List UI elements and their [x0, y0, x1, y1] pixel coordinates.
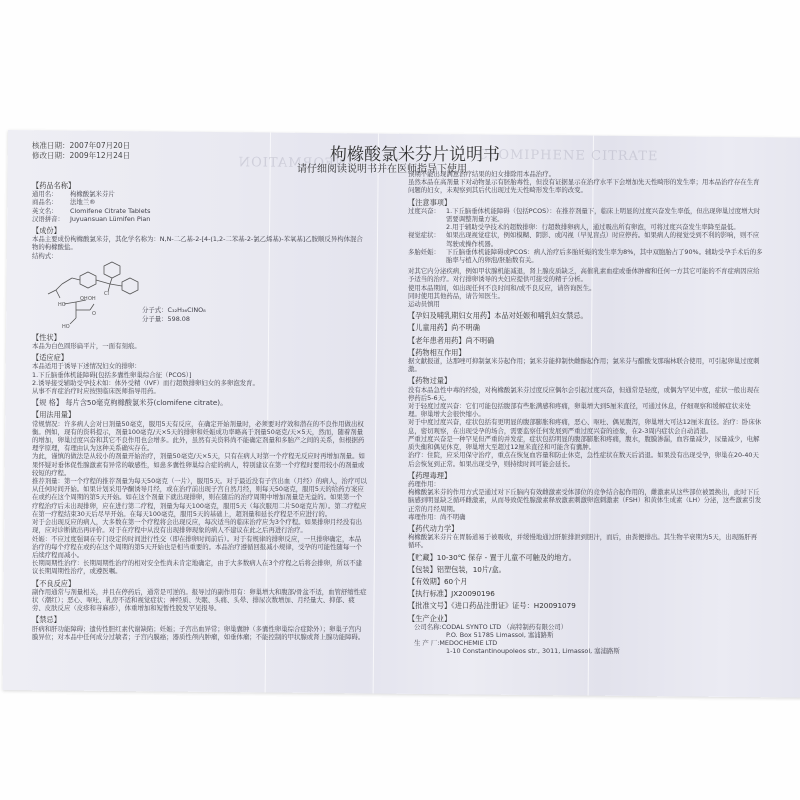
drug-name-row: 汉语拼音：Juyuansuan Lümifen Pian — [32, 215, 367, 223]
svg-text:O: O — [92, 311, 96, 317]
drug-name-row-value: 法地兰® — [70, 198, 96, 206]
svg-text:OH: OH — [88, 296, 96, 302]
chemical-structure-icon: ClHO OHOH OHO — [42, 260, 152, 330]
indications-list: 本品适用于诱导下述情况妇女的排卵：1.下丘脑垂体机能障碍[包括多囊性卵巢综合征（… — [32, 362, 367, 395]
precaution-note: 使用本品期间，如出现任何不良时间和/或不良反应，请咨询医生。 — [408, 284, 763, 292]
precaution-item: 多胎妊娠：下丘脑垂体机能障碍或PCOS：病人治疗后多胎妊娠的发生率为8%，其中双… — [408, 248, 763, 264]
section-header-storage: 【贮藏】 — [408, 553, 437, 562]
standard-line: 【执行标准】JX20090196 — [408, 590, 763, 598]
storage-line: 【贮藏】10-30℃ 保存 - 置于儿童不可触及的地方。 — [408, 554, 763, 562]
company-label: 公司名称: — [414, 623, 442, 631]
indication-item: 本品适用于诱导下述情况妇女的排卵： — [32, 362, 367, 370]
section-header-pharmacokinetics: 【药代动力学】 — [408, 525, 763, 533]
company-address: P.O. Box 51785 Limassol, 塞浦路斯 — [408, 631, 763, 639]
section-header-manufacturer: 【生产企业】 — [408, 615, 763, 623]
section-header-elderly: 【老年患者用药】 — [408, 336, 466, 345]
document-dates: 核准日期：2007年07月20日 修改日期：2009年12月24日 — [32, 141, 130, 161]
section-header-pharmacology: 【药理毒理】 — [408, 472, 763, 480]
dosage-paragraphs: 常规情况：许多病人会对日剂量50毫克，服用5天有反应，在确定开始剂量时，必须要对… — [32, 420, 367, 576]
package-text: 铝塑包装，10片/盒。 — [437, 565, 506, 574]
ingredients-text: 本品主要成份枸橼酸氯米芬，其化学名称为：N,N-二乙基-2-[4-(1,2-二苯… — [32, 235, 367, 251]
approval-date: 核准日期：2007年07月20日 — [32, 141, 130, 151]
pharmacokinetics-text: 枸橼酸氯米芬片在胃肠道易于被吸收，并缓慢地通过肝脏排泄到胆汁，而后，由粪便排出。… — [408, 533, 763, 549]
intro-paragraphs: 预期不能出现满意治疗结果的妇女排除用本品治疗。虽然本品在高剂量下对动物显示有胚胎… — [408, 170, 763, 195]
dosage-paragraph: 常规情况：许多病人会对日剂量50毫克，服用5天有反应，在确定开始剂量时，必须要对… — [32, 420, 367, 453]
indication-item: 从事不育症治疗时应按照临床医师指导用药。 — [32, 387, 367, 395]
precaution-item-label: 视觉症状： — [408, 231, 446, 247]
section-header-pregnancy: 【孕妇及哺乳期妇女用药】 — [408, 311, 494, 320]
precaution-item-value: 如果出现视觉症状，例如模糊、阴影、或闪视（早见盲点）时应停药。如果病人的视觉受到… — [446, 231, 763, 247]
character-text: 本品为白色圆形扁平片，一面有刻痕。 — [32, 342, 367, 350]
pharmacology-paragraph: 枸橼酸氯米芬的作用方式是通过对下丘脑内有效雌激素受体部位的竞争结合起作用的，雌激… — [408, 488, 763, 513]
section-header-package: 【包装】 — [408, 565, 437, 574]
section-header-adverse: 【不良反应】 — [32, 580, 367, 588]
children-text: 尚不明确 — [451, 323, 480, 332]
structure-label: 结构式： — [32, 252, 367, 260]
revision-date: 修改日期：2009年12月24日 — [32, 151, 130, 161]
overdose-paragraph: 对于轻度过度兴奋：它们可能包括腹部有些胀满感和疼痛，卵巢增大到5厘米直径，可通过… — [408, 402, 763, 418]
svg-text:HO: HO — [62, 324, 70, 330]
precaution-note: 对其它内分泌疾病，例如甲状腺机能减退，肾上腺皮质缺乏，高催乳素血症或垂体肿瘤和任… — [408, 267, 763, 283]
contraindications-text: 肝病和肝功能障碍；遗传性胆红素代谢缺陷；妊娠；子宫出血异常；卵巢囊肿（多囊性卵巢… — [32, 625, 367, 641]
adverse-text: 副作用通常与剂量相关，并且在停药后，通常是可逆的。报导过的副作用有：卵巢增大和腹… — [32, 588, 367, 613]
interactions-text: 据文献报道，达那唑可抑制氯米芬起作用；氯米芬能抑制快雌醇起作用；氯米芬与醋酸戈那… — [408, 357, 763, 373]
precaution-item-label: 多胎妊娠： — [408, 248, 446, 264]
drug-name-row-label: 汉语拼音： — [32, 215, 70, 223]
elderly-text: 尚不明确 — [466, 336, 495, 345]
section-header-overdose: 【药物过量】 — [408, 377, 763, 385]
precaution-item: 过度兴奋：1.下丘脑垂体机能障碍（包括PCOS）：在推荐剂量下，临床上明显的过度… — [408, 207, 763, 223]
children-line: 【儿童用药】尚不明确 — [408, 324, 763, 332]
section-header-approval: 【批准文号】 — [408, 601, 451, 610]
section-header-standard: 【执行标准】 — [408, 589, 451, 598]
drug-name-row-value: Juyuansuan Lümifen Pian — [70, 215, 150, 223]
elderly-line: 【老年患者用药】尚不明确 — [408, 337, 763, 345]
validity-text: 60个月 — [444, 577, 468, 586]
svg-text:HO: HO — [58, 302, 66, 308]
section-header-precautions: 【注意事项】 — [408, 199, 763, 207]
molecular-formula: 分子式：C₃₂H₃₆ClNO₈ — [142, 306, 206, 315]
structural-formula: ClHO OHOH OHO 分子式：C₃₂H₃₆ClNO₈ 分子量：598.08 — [32, 260, 367, 330]
section-header-spec: 【规 格】 — [32, 398, 63, 407]
section-header-children: 【儿童用药】 — [408, 323, 451, 332]
drug-name-row-label: 商品名： — [32, 198, 70, 206]
precaution-item-value: 下丘脑垂体机能障碍或PCOS：病人治疗后多胎妊娠的发生率为8%，其中双胞胎占了9… — [446, 248, 763, 264]
precaution-note: 运动员慎用 — [408, 300, 763, 308]
precaution-item: 视觉症状：如果出现视觉症状，例如模糊、阴影、或闪视（早见盲点）时应停药。如果病人… — [408, 231, 763, 247]
overdose-paragraph: 严重过度兴奋是一种罕见但严重的并发症，症状包括明显的腹部膨胀和疼痛，腹水，腹膜渗… — [408, 435, 763, 451]
drug-name-row-value: Clomifene Citrate Tablets — [70, 207, 150, 215]
pregnancy-text: 本品对妊娠和哺乳妇女禁忌。 — [494, 311, 587, 320]
section-header-interactions: 【药物相互作用】 — [408, 349, 763, 357]
overdose-paragraph: 没有本品急性中毒的经验，对枸橼酸氯米芬过度反应偶尔会引起过度兴奋，但通常是轻度，… — [408, 386, 763, 402]
spec-line: 【规 格】 每片含50毫克枸橼酸氯米芬(clomifene citrate)。 — [32, 399, 367, 407]
dosage-paragraph: 对于会出现反应的病人，大多数在第一个疗程将会出现反应，每次适当的临床治疗应为3个… — [32, 518, 367, 534]
intro-paragraph: 虽然本品在高剂量下对动物显示有胚胎毒性，但没有证据显示在治疗水平下会增加先天性畸… — [408, 178, 763, 194]
section-header-contraindications: 【禁忌】 — [32, 616, 367, 624]
overdose-paragraphs: 没有本品急性中毒的经验，对枸橼酸氯米芬过度反应偶尔会引起过度兴奋，但通常是轻度，… — [408, 386, 763, 468]
precaution-note: 同时使用其他药品，请告知医生。 — [408, 292, 763, 300]
pregnancy-line: 【孕妇及哺乳期妇女用药】本品对妊娠和哺乳妇女禁忌。 — [408, 312, 763, 320]
section-header-validity: 【有效期】 — [408, 577, 444, 586]
fold-line — [373, 134, 379, 694]
pharmacology-paragraphs: 药理作用：枸橼酸氯米芬的作用方式是通过对下丘脑内有效雌激素受体部位的竞争结合起作… — [408, 480, 763, 521]
company-line: 公司名称:CODAL SYNTO LTD （高特制药有限公司） — [408, 623, 763, 631]
factory-label: 生 产 厂: — [414, 639, 439, 647]
drug-name-row: 商品名：法地兰® — [32, 198, 367, 206]
section-header-ingredients: 【成份】 — [32, 227, 367, 235]
approval-text: 《进口药品注册证》证号：H20091079 — [451, 601, 576, 610]
standard-text: JX20090196 — [451, 589, 495, 598]
company-name: CODAL SYNTO LTD （高特制药有限公司） — [442, 623, 567, 631]
dosage-paragraph: 推荐剂量：第一个疗程的推荐剂量为每天50毫克（一片），服用5天。对于最近没有子宫… — [32, 477, 367, 518]
precaution-item-value: 1.下丘脑垂体机能障碍（包括PCOS）：在推荐剂量下，临床上明显的过度兴奋发生率… — [446, 207, 763, 223]
factory-name: MEDOCHEMIE LTD — [439, 639, 497, 647]
indication-item: 2.诱导接受辅助受孕技术如：体外受精（IVF）而行超数排卵妇女的多卵泡发育。 — [32, 379, 367, 387]
molecular-weight: 分子量：598.08 — [142, 315, 206, 324]
intro-paragraph: 预期不能出现满意治疗结果的妇女排除用本品治疗。 — [408, 170, 763, 178]
precautions-list: 过度兴奋：1.下丘脑垂体机能障碍（包括PCOS）：在推荐剂量下，临床上明显的过度… — [408, 207, 763, 264]
validity-line: 【有效期】60个月 — [408, 578, 763, 586]
drug-names-list: 通用名：枸橼酸氯米芬片商品名：法地兰®英文名：Clomifene Citrate… — [32, 190, 367, 223]
section-header-character: 【性状】 — [32, 334, 367, 342]
dosage-paragraph: 妊娠：不应过度强调在专门设定的时间进行性交（即在排卵时间前后）。对于有规律的排卵… — [32, 535, 367, 560]
dosage-paragraph: 为此，谨慎的做法是从较小的剂量开始治疗，剂量50毫克/天×5天，只有在病人对第一… — [32, 452, 367, 477]
precautions-extra: 对其它内分泌疾病，例如甲状腺机能减退，肾上腺皮质缺乏，高催乳素血症或垂体肿瘤和任… — [408, 267, 763, 308]
left-column: 【药品名称】 通用名：枸橼酸氯米芬片商品名：法地兰®英文名：Clomifene … — [32, 178, 367, 641]
indication-item: 1.下丘脑垂体机能障碍[包括多囊性卵巢综合征（PCOS）] — [32, 371, 367, 379]
factory-address: 1-10 Constantinoupoleos str., 3011, Lima… — [408, 647, 763, 655]
overdose-paragraph: 对于中度过度兴奋，症状包括有更明显的腹部膨胀和疼痛，恶心、呕吐、偶见腹泻，卵巢增… — [408, 418, 763, 434]
dosage-paragraph: 长期周期性治疗：长期周期性治疗的相对安全性尚未肯定地确定，由于大多数病人在3个疗… — [32, 559, 367, 575]
pharmacology-paragraph: 药理作用： — [408, 480, 763, 488]
svg-text:Cl: Cl — [104, 291, 109, 297]
molecular-info: 分子式：C₃₂H₃₆ClNO₈ 分子量：598.08 — [142, 306, 206, 324]
approval-line: 【批准文号】《进口药品注册证》证号：H20091079 — [408, 602, 763, 610]
right-column: 预期不能出现满意治疗结果的妇女排除用本品治疗。虽然本品在高剂量下对动物显示有胚胎… — [408, 140, 763, 656]
section-header-dosage: 【用法用量】 — [32, 411, 367, 419]
overdose-paragraph: 治疗：住院，应采用保守治疗，重点在恢复血容量和防止休克，急性症状在数天后消退。如… — [408, 451, 763, 467]
svg-text:OH: OH — [80, 296, 88, 302]
pharmacology-paragraph: 毒理作用：尚不明确 — [408, 513, 763, 521]
section-header-drug-name: 【药品名称】 — [32, 182, 367, 190]
drug-name-row-label: 英文名： — [32, 207, 70, 215]
package-line: 【包装】铝塑包装，10片/盒。 — [408, 566, 763, 574]
precaution-item-label: 过度兴奋： — [408, 207, 446, 223]
drug-name-row: 英文名：Clomifene Citrate Tablets — [32, 207, 367, 215]
spec-text: 每片含50毫克枸橼酸氯米芬(clomifene citrate)。 — [65, 398, 227, 407]
storage-text: 10-30℃ 保存 - 置于儿童不可触及的地方。 — [437, 553, 576, 562]
